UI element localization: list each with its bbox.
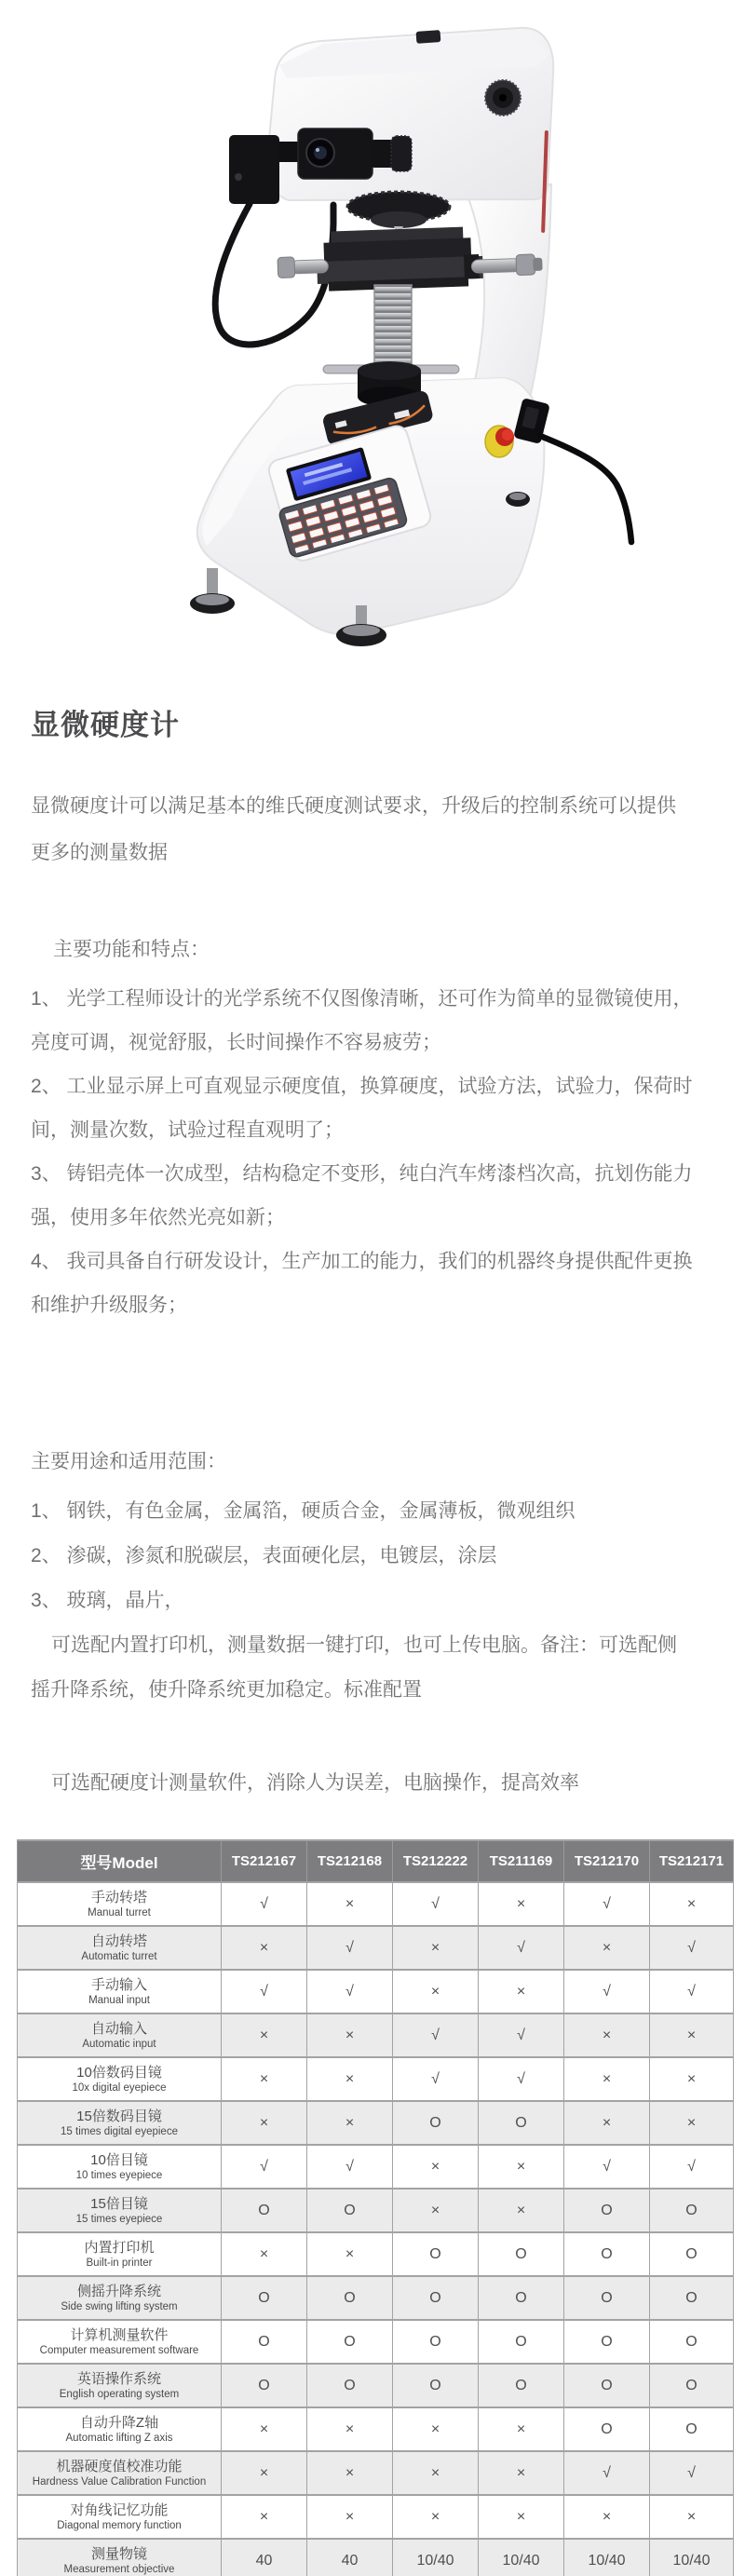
spec-value-cell: O [393,2364,479,2407]
spec-value-cell: √ [564,1970,650,2013]
spec-value-cell: 40 [222,2539,307,2576]
spec-value-cell: × [307,2495,393,2539]
spec-row-label: 内置打印机Built-in printer [18,2232,222,2276]
spec-value-cell: O [393,2276,479,2320]
load-knob [485,80,521,115]
spec-row-label: 10倍目镜10 times eyepiece [18,2145,222,2189]
spec-value-cell: √ [479,2057,564,2101]
spec-value-cell: × [307,2232,393,2276]
intro-paragraph: 显微硬度计可以满足基本的维氏硬度测试要求，升级后的控制系统可以提供更多的测量数据 [31,783,691,876]
page-title: 显微硬度计 [31,707,745,744]
spec-value-cell: × [222,2495,307,2539]
spec-row-label: 手动转塔Manual turret [18,1882,222,1926]
spec-value-cell: 10/40 [650,2539,734,2576]
table-row: 手动输入Manual input√√××√√ [18,1970,734,2013]
spec-value-cell: × [479,2495,564,2539]
features-list: 1、 光学工程师设计的光学系统不仅图像清晰，还可作为简单的显微镜使用，亮度可调，… [31,977,693,1327]
table-row: 机器硬度值校准功能Hardness Value Calibration Func… [18,2451,734,2495]
model-column-header: 型号Model [18,1840,222,1882]
model-header: TS211169 [479,1840,564,1882]
spec-value-cell: × [307,2451,393,2495]
spec-value-cell: × [222,2057,307,2101]
spec-value-cell: √ [564,2451,650,2495]
spec-value-cell: × [222,2407,307,2451]
spec-value-cell: × [222,2232,307,2276]
spec-value-cell: × [307,2057,393,2101]
use-item: 3、 玻璃，晶片， [31,1579,693,1623]
spec-value-cell: O [393,2320,479,2364]
spec-value-cell: O [222,2276,307,2320]
hardness-tester-image [0,0,745,694]
spec-value-cell: O [650,2232,734,2276]
product-page: 显微硬度计 显微硬度计可以满足基本的维氏硬度测试要求，升级后的控制系统可以提供更… [0,0,745,2576]
spec-value-cell: 40 [307,2539,393,2576]
model-header: TS212222 [393,1840,479,1882]
spec-value-cell: √ [479,2013,564,2057]
spec-value-cell: O [564,2232,650,2276]
spec-row-label: 侧摇升降系统Side swing lifting system [18,2276,222,2320]
table-row: 手动转塔Manual turret√×√×√× [18,1882,734,1926]
spec-value-cell: × [564,2057,650,2101]
spec-value-cell: √ [307,2145,393,2189]
model-header: TS212170 [564,1840,650,1882]
spec-value-cell: × [479,1970,564,2013]
table-row: 15倍目镜15 times eyepieceOO××OO [18,2189,734,2232]
spec-value-cell: × [307,2407,393,2451]
spec-value-cell: √ [222,2145,307,2189]
spec-value-cell: × [479,2407,564,2451]
spec-value-cell: √ [650,2451,734,2495]
spec-value-cell: × [222,2101,307,2145]
spec-row-label: 自动转塔Automatic turret [18,1926,222,1970]
use-item: 2、 渗碳，渗氮和脱碳层，表面硬化层，电镀层，涂层 [31,1534,693,1579]
spec-value-cell: O [564,2189,650,2232]
feature-item: 3、 铸铝壳体一次成型，结构稳定不变形，纯白汽车烤漆档次高，抗划伤能力强，使用多… [31,1152,693,1240]
spec-value-cell: × [650,1882,734,1926]
spec-value-cell: × [393,1926,479,1970]
spec-value-cell: 10/40 [393,2539,479,2576]
feature-item: 4、 我司具备自行研发设计，生产加工的能力，我们的机器终身提供配件更换和维护升级… [31,1240,693,1327]
spec-value-cell: O [479,2232,564,2276]
spec-value-cell: × [564,2495,650,2539]
spec-value-cell: O [222,2189,307,2232]
spec-value-cell: O [564,2320,650,2364]
spec-value-cell: O [307,2189,393,2232]
spec-table-head-row: 型号Model TS212167TS212168TS212222TS211169… [18,1840,734,1882]
spec-value-cell: × [222,2451,307,2495]
model-header: TS212171 [650,1840,734,1882]
spec-value-cell: × [650,2013,734,2057]
spec-value-cell: × [650,2495,734,2539]
spec-row-label: 对角线记忆功能Diagonal memory function [18,2495,222,2539]
table-row: 自动转塔Automatic turret×√×√×√ [18,1926,734,1970]
option-note-software: 可选配硬度计测量软件，消除人为误差，电脑操作，提高效率 [31,1761,693,1806]
use-item: 1、 钢铁，有色金属，金属箔，硬质合金，金属薄板，微观组织 [31,1489,693,1534]
spec-value-cell: × [564,2013,650,2057]
spec-value-cell: √ [650,1970,734,2013]
table-row: 英语操作系统English operating systemOOOOOO [18,2364,734,2407]
spec-value-cell: O [564,2407,650,2451]
spec-value-cell: × [393,2145,479,2189]
emergency-stop-button [485,426,514,457]
table-row: 对角线记忆功能Diagonal memory function×××××× [18,2495,734,2539]
spec-value-cell: √ [393,2013,479,2057]
spec-value-cell: √ [650,1926,734,1970]
table-row: 10倍目镜10 times eyepiece√√××√√ [18,2145,734,2189]
spec-value-cell: × [479,2145,564,2189]
spec-value-cell: × [479,2451,564,2495]
spec-value-cell: O [479,2276,564,2320]
spec-value-cell: O [393,2101,479,2145]
spec-value-cell: O [307,2364,393,2407]
spec-value-cell: × [650,2101,734,2145]
spec-value-cell: √ [222,1882,307,1926]
spec-row-label: 手动输入Manual input [18,1970,222,2013]
spec-value-cell: 10/40 [564,2539,650,2576]
feature-item: 1、 光学工程师设计的光学系统不仅图像清晰，还可作为简单的显微镜使用，亮度可调，… [31,977,693,1064]
spec-value-cell: O [307,2276,393,2320]
camera-bracket [229,135,279,204]
features-heading: 主要功能和特点： [31,934,691,966]
table-row: 内置打印机Built-in printer××OOOO [18,2232,734,2276]
spec-row-label: 机器硬度值校准功能Hardness Value Calibration Func… [18,2451,222,2495]
spec-value-cell: × [650,2057,734,2101]
spec-value-cell: O [564,2276,650,2320]
spec-value-cell: 10/40 [479,2539,564,2576]
spec-value-cell: × [222,2013,307,2057]
spec-table: 型号Model TS212167TS212168TS212222TS211169… [17,1839,734,2576]
spec-row-label: 英语操作系统English operating system [18,2364,222,2407]
spec-value-cell: O [479,2364,564,2407]
table-row: 测量物镜Measurement objective404010/4010/401… [18,2539,734,2576]
spec-value-cell: O [307,2320,393,2364]
uses-list: 1、 钢铁，有色金属，金属箔，硬质合金，金属薄板，微观组织 2、 渗碳，渗氮和脱… [31,1489,693,1623]
spec-row-label: 自动升降Z轴Automatic lifting Z axis [18,2407,222,2451]
spec-value-cell: × [393,2189,479,2232]
spec-value-cell: √ [393,2057,479,2101]
spec-value-cell: O [222,2364,307,2407]
spec-value-cell: × [393,2451,479,2495]
spec-value-cell: √ [564,2145,650,2189]
spec-value-cell: √ [393,1882,479,1926]
spec-value-cell: × [393,2407,479,2451]
feature-item: 2、 工业显示屏上可直观显示硬度值，换算硬度，试验方法，试验力，保荷时间，测量次… [31,1064,693,1152]
spec-value-cell: √ [307,1926,393,1970]
spec-value-cell: × [564,2101,650,2145]
spec-value-cell: √ [564,1882,650,1926]
spec-value-cell: √ [222,1970,307,2013]
spec-value-cell: × [479,2189,564,2232]
spec-row-label: 自动输入Automatic input [18,2013,222,2057]
table-row: 10倍数码目镜10x digital eyepiece××√√×× [18,2057,734,2101]
spec-value-cell: O [650,2364,734,2407]
table-row: 自动升降Z轴Automatic lifting Z axis××××OO [18,2407,734,2451]
spec-value-cell: O [479,2101,564,2145]
spec-value-cell: √ [307,1970,393,2013]
spec-value-cell: × [222,1926,307,1970]
spec-value-cell: O [479,2320,564,2364]
spec-value-cell: × [307,2013,393,2057]
spec-row-label: 10倍数码目镜10x digital eyepiece [18,2057,222,2101]
spec-value-cell: O [650,2189,734,2232]
spec-row-label: 15倍数码目镜15 times digital eyepiece [18,2101,222,2145]
spec-value-cell: O [222,2320,307,2364]
spec-value-cell: √ [650,2145,734,2189]
table-row: 自动输入Automatic input××√√×× [18,2013,734,2057]
spec-table-body: 手动转塔Manual turret√×√×√×自动转塔Automatic tur… [18,1882,734,2576]
spec-row-label: 15倍目镜15 times eyepiece [18,2189,222,2232]
spec-value-cell: × [393,1970,479,2013]
product-photo-area [0,0,745,694]
threaded-spindle [374,285,412,367]
spec-value-cell: × [307,1882,393,1926]
table-row: 计算机测量软件Computer measurement softwareOOOO… [18,2320,734,2364]
spec-value-cell: O [564,2364,650,2407]
spec-value-cell: O [650,2320,734,2364]
spec-value-cell: × [479,1882,564,1926]
spec-value-cell: O [393,2232,479,2276]
model-header: TS212167 [222,1840,307,1882]
spec-value-cell: O [650,2276,734,2320]
option-note-printer: 可选配内置打印机，测量数据一键打印，也可上传电脑。备注：可选配侧摇升降系统，使升… [31,1623,693,1713]
spec-row-label: 计算机测量软件Computer measurement software [18,2320,222,2364]
table-row: 侧摇升降系统Side swing lifting systemOOOOOO [18,2276,734,2320]
uses-heading: 主要用途和适用范围： [31,1446,691,1478]
spec-value-cell: × [564,1926,650,1970]
spec-value-cell: O [650,2407,734,2451]
head-vent [416,30,441,44]
spec-row-label: 测量物镜Measurement objective [18,2539,222,2576]
spec-value-cell: √ [479,1926,564,1970]
spec-value-cell: × [307,2101,393,2145]
table-row: 15倍数码目镜15 times digital eyepiece××OO×× [18,2101,734,2145]
model-header: TS212168 [307,1840,393,1882]
spec-value-cell: × [393,2495,479,2539]
